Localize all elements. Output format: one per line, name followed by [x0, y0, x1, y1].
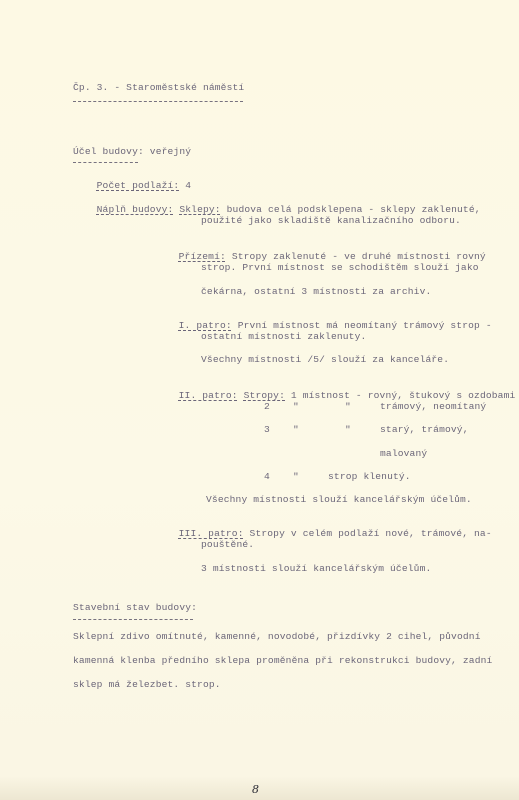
- room-3-desc-cont: malovaný: [380, 448, 427, 460]
- room-1-num: 1 místnost -: [291, 390, 368, 401]
- room-3-ditto-2: ": [345, 424, 351, 436]
- second-floor-summary: Všechny místnosti slouží kancelářským úč…: [206, 494, 472, 506]
- cellars-text: budova celá podsklepena - sklepy zaklenu…: [227, 204, 481, 215]
- second-floor-label: II. patro:: [179, 390, 238, 401]
- third-floor-label: III. patro:: [179, 528, 244, 539]
- room-4-desc: strop klenutý.: [328, 471, 411, 483]
- cellars-label: Sklepy:: [179, 204, 220, 215]
- first-floor-text-3: Všechny místnosti /5/ slouží za kancelář…: [201, 354, 449, 366]
- condition-heading: Stavební stav budovy:: [73, 602, 197, 614]
- room-2-ditto-1: ": [293, 401, 299, 413]
- ground-floor-text-3: čekárna, ostatní 3 místnosti za archiv.: [201, 286, 431, 298]
- ceilings-label: Stropy:: [244, 390, 285, 401]
- room-2-ditto-2: ": [345, 401, 351, 413]
- document-page: Čp. 3. - Staroměstské náměstí Účel budov…: [0, 0, 519, 800]
- room-3-desc: starý, trámový,: [380, 424, 469, 436]
- third-floor-text-2: pouštěné.: [201, 539, 254, 551]
- purpose-underline: [73, 162, 138, 163]
- first-floor-text: První místnost má neomítaný trámový stro…: [238, 320, 492, 331]
- room-4-ditto-1: ": [293, 471, 299, 483]
- third-floor-text: Stropy v celém podlaží nové, trámové, na…: [250, 528, 492, 539]
- floors-value: 4: [185, 180, 191, 191]
- first-floor-text-2: ostatní místnosti zaklenuty.: [201, 331, 366, 343]
- ground-floor-text-2: strop. První místnost se schodištěm slou…: [201, 262, 479, 274]
- cellars-text-2: použité jako skladiště kanalizačního odb…: [201, 215, 461, 227]
- condition-text-2: kamenná klenba předního sklepa proměněna…: [73, 655, 492, 667]
- room-3-ditto-1: ": [293, 424, 299, 436]
- third-floor-text-3: 3 místnosti slouží kancelářským účelům.: [201, 563, 431, 575]
- first-floor-label: I. patro:: [179, 320, 232, 331]
- condition-text-3: sklep má železbet. strop.: [73, 679, 221, 691]
- floors-label: Počet podlaží:: [97, 180, 180, 191]
- room-2-desc: trámový, neomítaný: [380, 401, 486, 413]
- building-purpose: Účel budovy: veřejný: [73, 146, 191, 158]
- ground-floor-text: Stropy zaklenuté - ve druhé místnosti ro…: [232, 251, 486, 262]
- condition-underline: [73, 619, 193, 620]
- document-title: Čp. 3. - Staroměstské náměstí: [73, 82, 244, 94]
- room-4-num: 4: [264, 471, 270, 483]
- fill-label: Náplň budovy:: [97, 204, 174, 215]
- room-2-num: 2: [264, 401, 270, 413]
- page-number: 8: [252, 783, 259, 796]
- room-3-num: 3: [264, 424, 270, 436]
- condition-text-1: Sklepní zdivo omítnuté, kamenné, novodob…: [73, 631, 481, 643]
- room-1-desc: rovný, štukový s ozdobami: [368, 390, 516, 401]
- ground-floor-label: Přízemí:: [179, 251, 226, 262]
- title-underline: [73, 101, 243, 102]
